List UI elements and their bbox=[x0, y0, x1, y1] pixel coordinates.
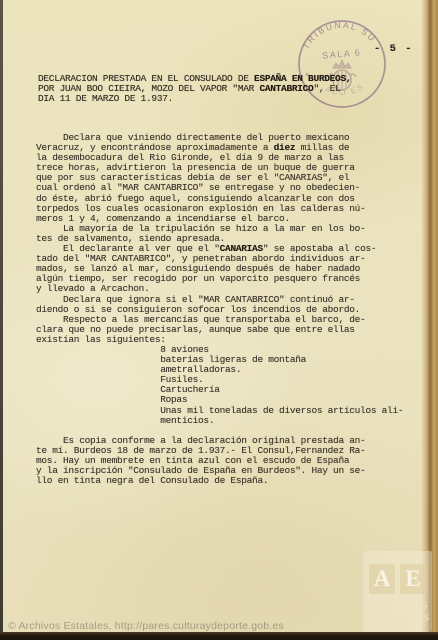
document-text-line: DIA 11 DE MARZO DE 1.937. bbox=[38, 94, 351, 104]
stamp-sala-text: SALA 6 bbox=[322, 47, 362, 60]
document-text-line: llo en tinta negra del Consulado de Espa… bbox=[36, 476, 403, 486]
archives-logo-caption-line2: ESTATALES bbox=[363, 613, 432, 625]
document-page: TRIBUNAL SU * SALA 6 ACO ES - 5 - DECLAR… bbox=[0, 0, 438, 640]
archives-logo-caption-line1: ARCHIVOS bbox=[363, 601, 432, 613]
archives-logo-watermark: A E ARCHIVOS ESTATALES bbox=[363, 551, 432, 632]
page-number: - 5 - bbox=[374, 43, 413, 55]
archives-copyright-watermark: © Archivos Estatales, http://pares.cultu… bbox=[8, 620, 284, 632]
scan-edge-bottom bbox=[0, 632, 438, 640]
stamp-arc-top-text: TRIBUNAL SU bbox=[301, 20, 379, 51]
document-text-line bbox=[36, 486, 403, 496]
document-text-line: menticios. bbox=[36, 416, 403, 426]
svg-text:TRIBUNAL SU: TRIBUNAL SU bbox=[301, 20, 379, 51]
archives-logo-letter-e: E bbox=[400, 564, 426, 594]
scan-edge-left bbox=[0, 0, 3, 640]
document-title: DECLARACION PRESTADA EN EL CONSULADO DE … bbox=[38, 74, 351, 104]
document-body: Declara que viniendo directamente del pu… bbox=[36, 133, 403, 496]
scan-edge-right bbox=[422, 0, 438, 640]
archives-logo-letter-a: A bbox=[369, 564, 395, 594]
